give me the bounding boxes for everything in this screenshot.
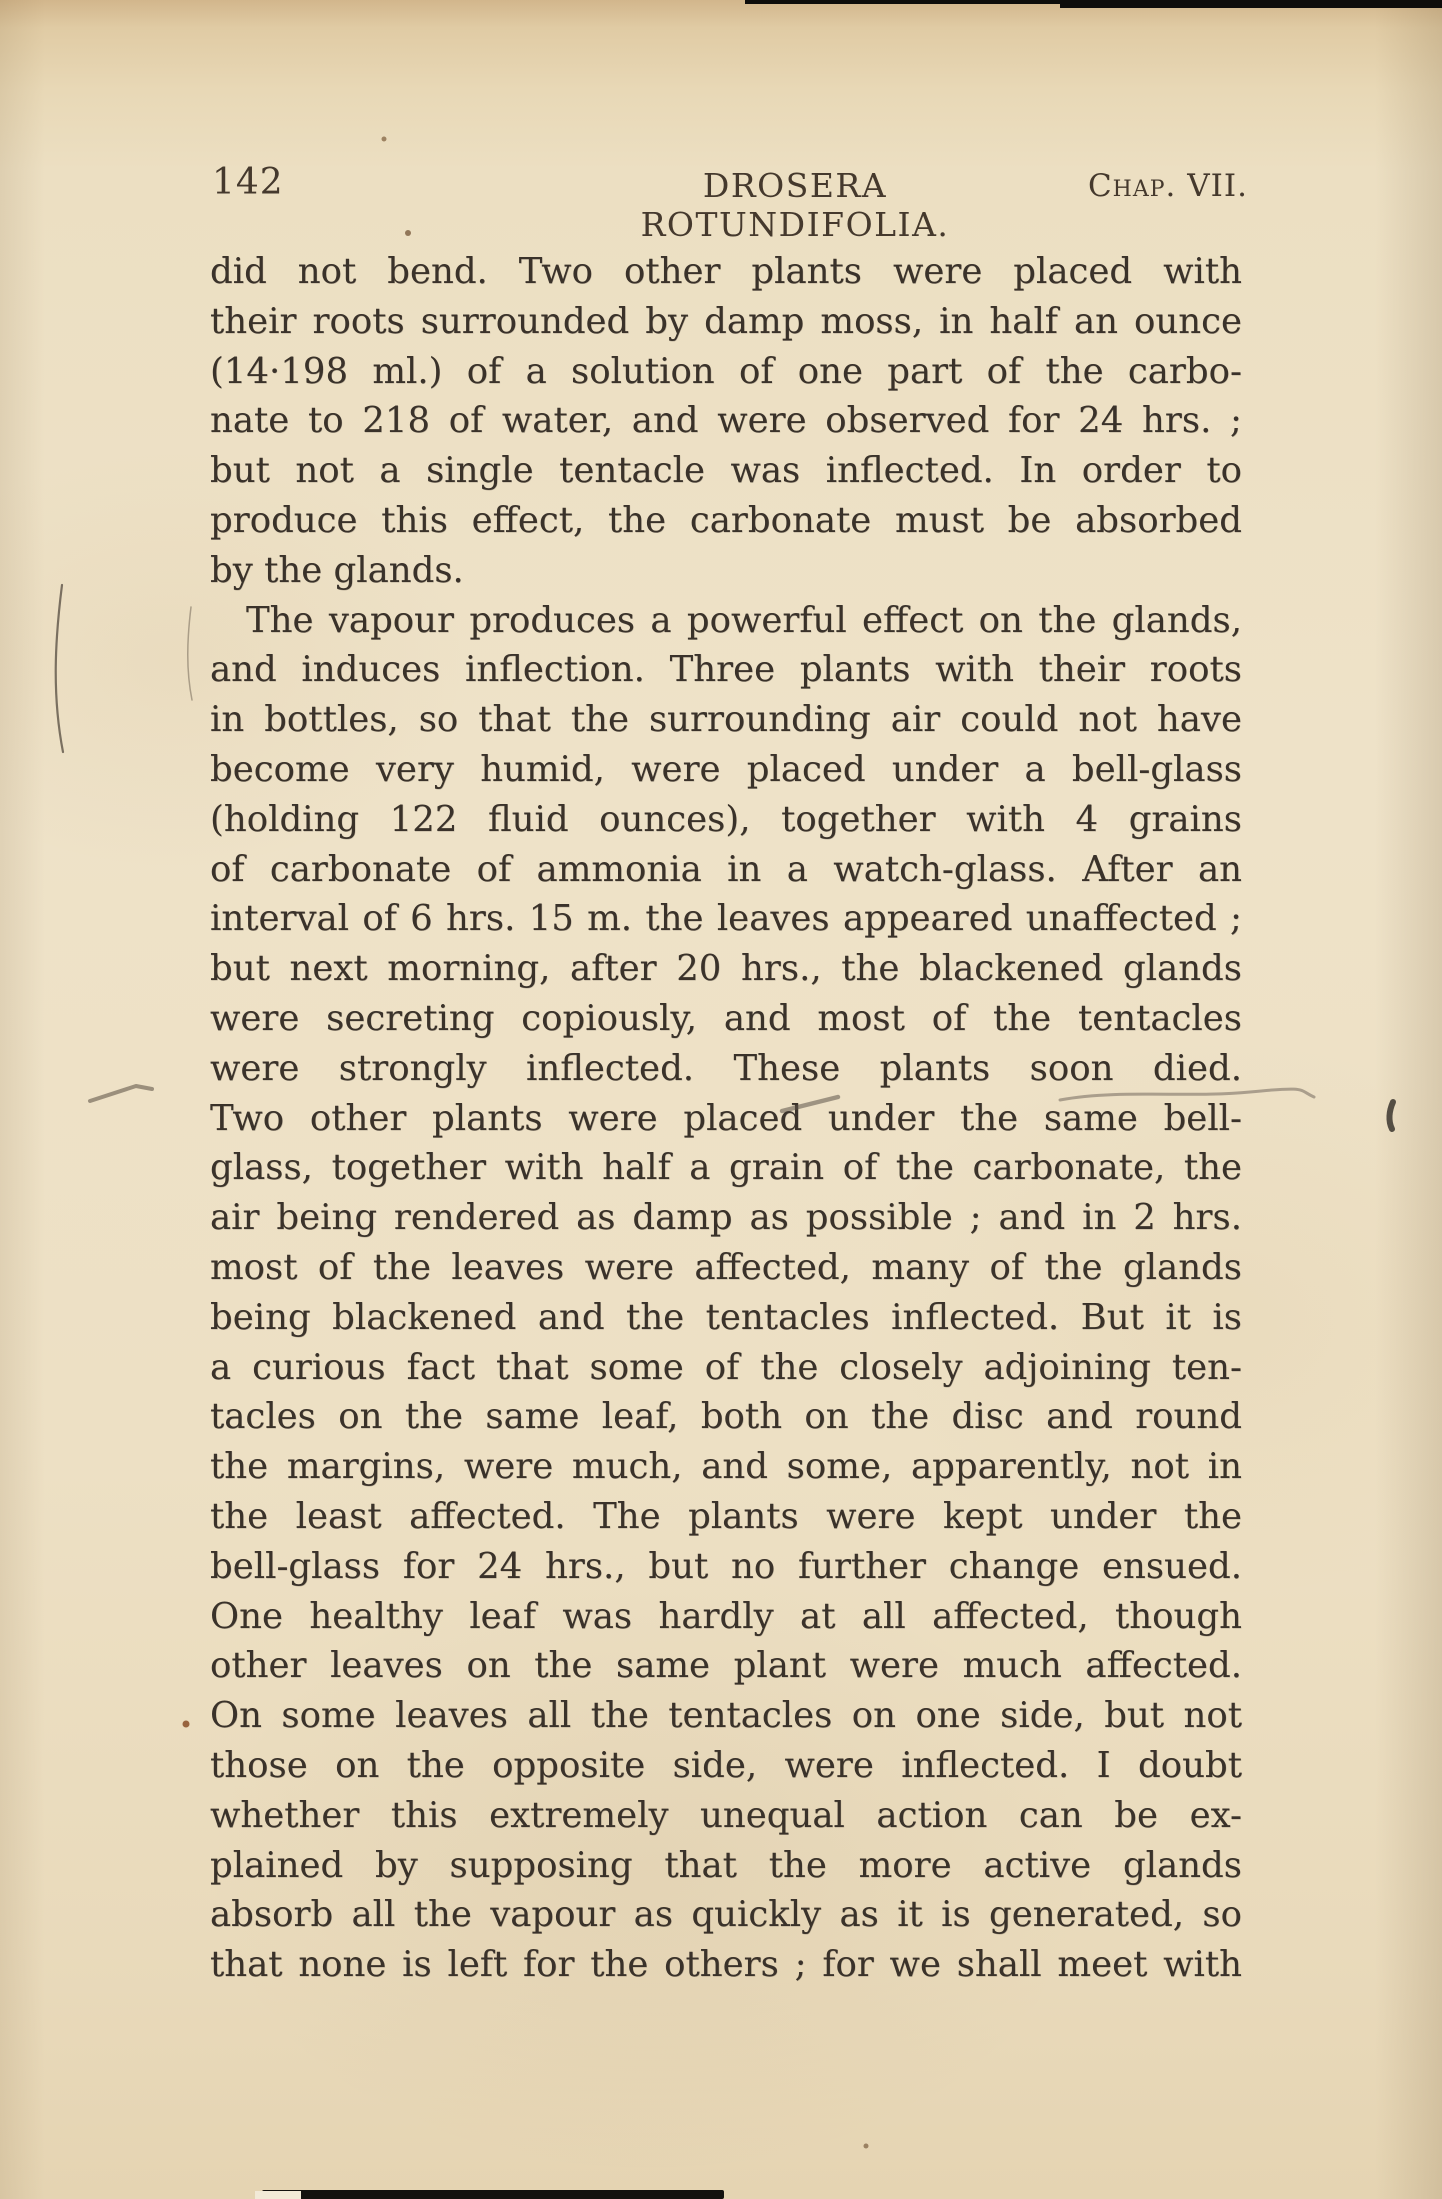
- running-title: DROSERA ROTUNDIFOLIA.: [575, 166, 1015, 244]
- text-line: whether this extremely unequal action ca…: [210, 1791, 1242, 1841]
- text-line: (holding 122 fluid ounces), together wit…: [210, 795, 1242, 845]
- paragraph-vapour: The vapour produces a powerful effect on…: [210, 596, 1242, 1990]
- text-line: were secreting copiously, and most of th…: [210, 994, 1242, 1044]
- text-line: and induces inflection. Three plants wit…: [210, 645, 1242, 695]
- text-line: in bottles, so that the surrounding air …: [210, 695, 1242, 745]
- text-line: most of the leaves were affected, many o…: [210, 1243, 1242, 1293]
- text-line: absorb all the vapour as quickly as it i…: [210, 1890, 1242, 1940]
- page-text: did not bend. Two other plants were plac…: [210, 247, 1242, 1990]
- text-line: plained by supposing that the more activ…: [210, 1841, 1242, 1891]
- text-line: but next morning, after 20 hrs., the bla…: [210, 944, 1242, 994]
- text-line: glass, together with half a grain of the…: [210, 1143, 1242, 1193]
- page-number: 142: [212, 162, 284, 203]
- text-line: being blackened and the tentacles inflec…: [210, 1293, 1242, 1343]
- text-line: One healthy leaf was hardly at all affec…: [210, 1592, 1242, 1642]
- text-line: their roots surrounded by damp moss, in …: [210, 297, 1242, 347]
- text-line: other leaves on the same plant were much…: [210, 1641, 1242, 1691]
- chapter-label: Chap. VII.: [1082, 168, 1248, 204]
- text-line: interval of 6 hrs. 15 m. the leaves appe…: [210, 894, 1242, 944]
- text-line: nate to 218 of water, and were observed …: [210, 396, 1242, 446]
- text-line: of carbonate of ammonia in a watch-glass…: [210, 845, 1242, 895]
- text-line: the margins, were much, and some, appare…: [210, 1442, 1242, 1492]
- paragraph-continuation: did not bend. Two other plants were plac…: [210, 247, 1242, 596]
- text-line: a curious fact that some of the closely …: [210, 1343, 1242, 1393]
- text-line: On some leaves all the tentacles on one …: [210, 1691, 1242, 1741]
- text-line: become very humid, were placed under a b…: [210, 745, 1242, 795]
- text-line: the least affected. The plants were kept…: [210, 1492, 1242, 1542]
- text-line: bell-glass for 24 hrs., but no further c…: [210, 1542, 1242, 1592]
- text-line: tacles on the same leaf, both on the dis…: [210, 1392, 1242, 1442]
- text-line: did not bend. Two other plants were plac…: [210, 247, 1242, 297]
- scan-edge-bottom: [262, 2190, 724, 2199]
- scan-edge-top: [1060, 0, 1442, 8]
- text-line: air being rendered as damp as possible ;…: [210, 1193, 1242, 1243]
- text-line: were strongly inflected. These plants so…: [210, 1044, 1242, 1094]
- scan-edge-bottom-highlight: [255, 2191, 301, 2199]
- text-line: by the glands.: [210, 546, 1242, 596]
- text-line: produce this effect, the carbonate must …: [210, 496, 1242, 546]
- text-line: those on the opposite side, were inflect…: [210, 1741, 1242, 1791]
- text-line: The vapour produces a powerful effect on…: [210, 596, 1242, 646]
- text-line: that none is left for the others ; for w…: [210, 1940, 1242, 1990]
- text-line: Two other plants were placed under the s…: [210, 1094, 1242, 1144]
- text-line: but not a single tentacle was inflected.…: [210, 446, 1242, 496]
- text-line: (14·198 ml.) of a solution of one part o…: [210, 347, 1242, 397]
